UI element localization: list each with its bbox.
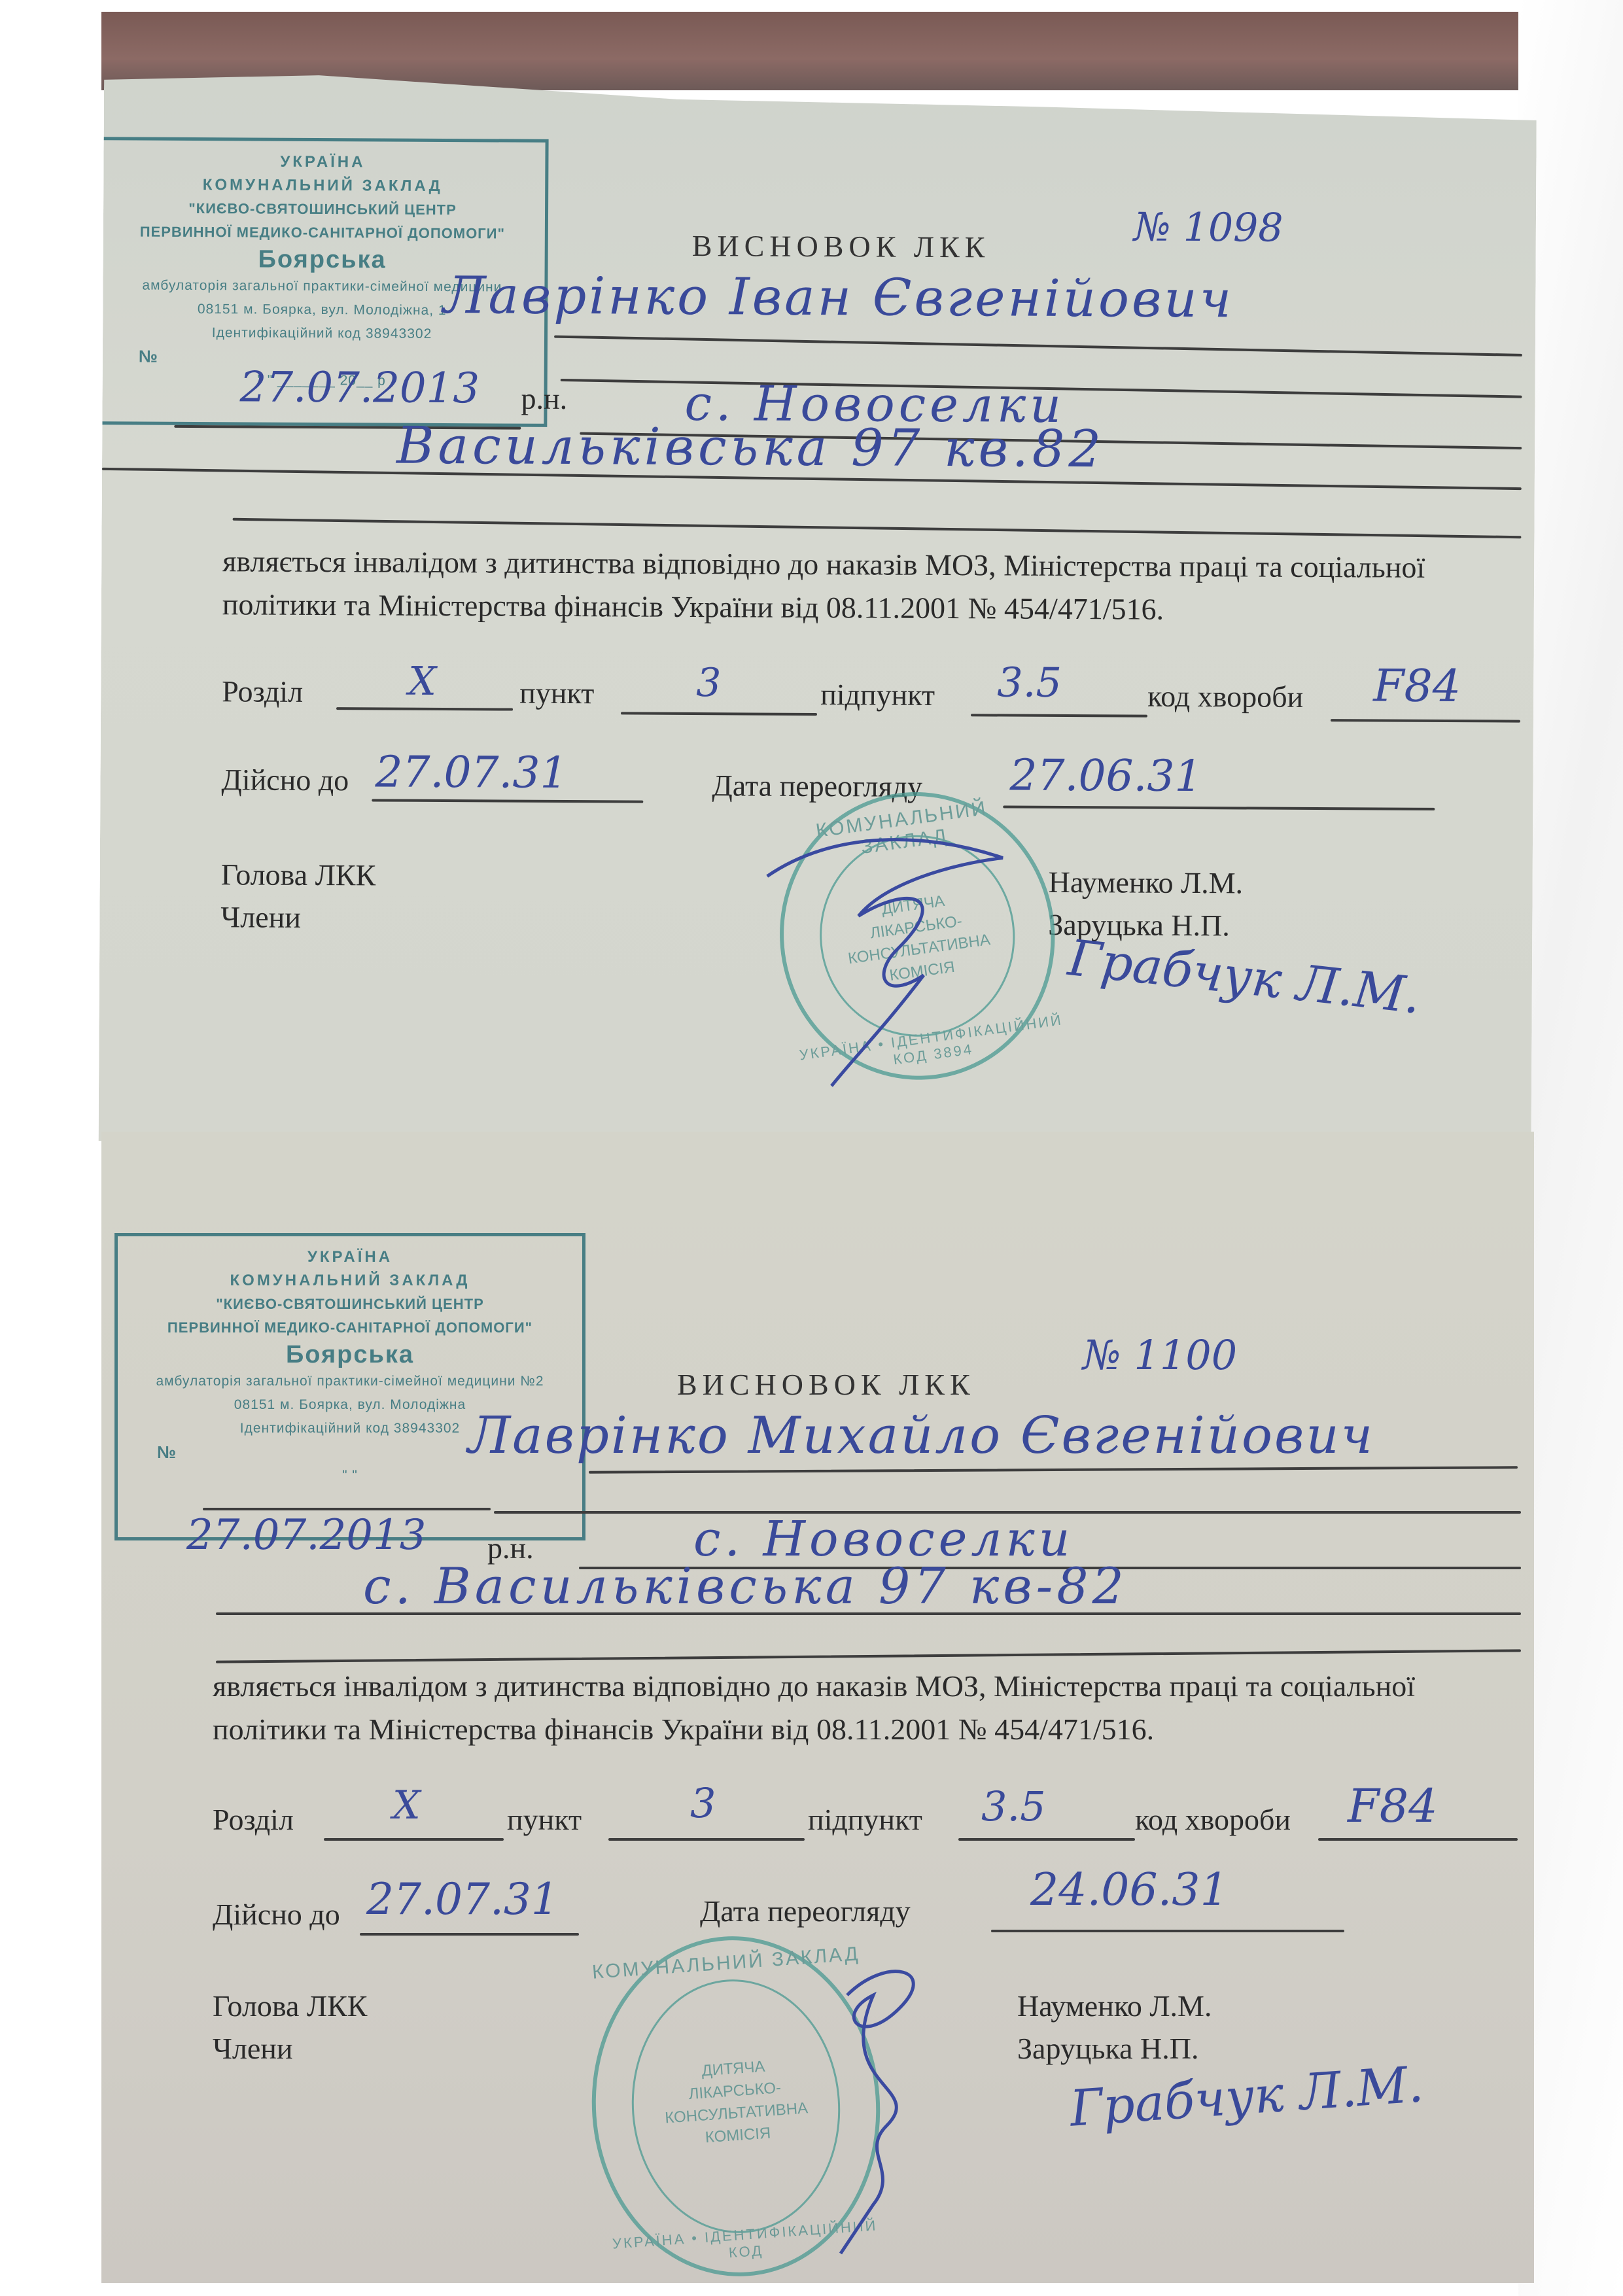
stamp-org-type: КОМУНАЛЬНИЙ ЗАКЛАД xyxy=(100,173,545,199)
member-2-handwritten: Грабчук Л.М. xyxy=(1068,2055,1425,2138)
name-underline xyxy=(554,336,1522,357)
subpoint-underline xyxy=(971,714,1147,717)
birth-suffix: р.н. xyxy=(521,381,567,416)
blank-line-2 xyxy=(233,518,1522,539)
stamp-org-name-2: ПЕРВИННОЇ МЕДИКО-САНІТАРНОЇ ДОПОМОГИ" xyxy=(100,220,545,246)
institution-stamp: УКРАЇНА КОМУНАЛЬНИЙ ЗАКЛАД "КИЄВО-СВЯТОШ… xyxy=(114,1233,585,1540)
form-2: УКРАЇНА КОМУНАЛЬНИЙ ЗАКЛАД "КИЄВО-СВЯТОШ… xyxy=(101,1132,1534,2283)
subpoint-value: 3.5 xyxy=(997,658,1062,706)
patient-name: Лаврінко Михайло Євгенійович xyxy=(468,1406,1374,1465)
subpoint-label: підпункт xyxy=(820,677,935,712)
subpoint-label: підпункт xyxy=(808,1802,922,1837)
review-date-underline xyxy=(991,1930,1344,1932)
disease-code-label: код хвороби xyxy=(1147,679,1303,714)
stamp-country: УКРАЇНА xyxy=(100,149,545,175)
point-value: 3 xyxy=(696,660,722,706)
stamp-org-name-2: ПЕРВИННОЇ МЕДИКО-САНІТАРНОЇ ДОПОМОГИ" xyxy=(118,1316,582,1340)
disease-code-underline xyxy=(1331,719,1520,723)
birth-date: 27.07.2013 xyxy=(239,363,480,413)
patient-name: Лаврінко Іван Євгенійович xyxy=(443,266,1234,329)
address-line-2: Васильківська 97 кв.82 xyxy=(396,417,1105,479)
lkk-conclusion-sheet-1: УКРАЇНА КОМУНАЛЬНИЙ ЗАКЛАД "КИЄВО-СВЯТОШ… xyxy=(99,35,1537,1148)
chair-label: Голова ЛКК xyxy=(221,857,376,892)
disease-code-value: F84 xyxy=(1373,660,1461,712)
disease-code-underline xyxy=(1318,1838,1518,1841)
body-text: являється інвалідом з дитинства відповід… xyxy=(213,1665,1508,1751)
section-underline xyxy=(324,1838,504,1841)
section-underline xyxy=(336,707,513,710)
birth-date: 27.07.2013 xyxy=(186,1511,426,1559)
subpoint-value: 3.5 xyxy=(981,1783,1046,1830)
lkk-conclusion-sheet-2: УКРАЇНА КОМУНАЛЬНИЙ ЗАКЛАД "КИЄВО-СВЯТОШ… xyxy=(101,1132,1534,2283)
members-label: Члени xyxy=(220,899,301,935)
section-label: Розділ xyxy=(222,674,303,709)
valid-until-underline xyxy=(372,799,643,803)
disease-code-value: F84 xyxy=(1348,1779,1438,1833)
chair-signature xyxy=(756,1956,991,2257)
point-label: пункт xyxy=(507,1802,582,1837)
point-underline xyxy=(608,1838,805,1841)
chair-signature xyxy=(753,804,1068,1094)
disease-code-label: код хвороби xyxy=(1135,1802,1291,1837)
valid-until-value: 27.07.31 xyxy=(375,746,567,798)
stamp-branch: Боярська xyxy=(118,1340,582,1370)
point-label: пункт xyxy=(519,676,594,711)
document-title: ВИСНОВОК ЛКК xyxy=(677,1367,975,1402)
review-date-value: 27.06.31 xyxy=(1009,750,1202,802)
birth-underline xyxy=(203,1508,491,1510)
chair-name: Науменко Л.М. xyxy=(1049,865,1244,901)
body-text: являється інвалідом з дитинства відповід… xyxy=(222,540,1518,633)
valid-until-label: Дійсно до xyxy=(213,1897,340,1932)
valid-until-value: 27.07.31 xyxy=(366,1874,559,1924)
stamp-org-name-1: "КИЄВО-СВЯТОШИНСЬКИЙ ЦЕНТР xyxy=(100,196,545,222)
valid-until-label: Дійсно до xyxy=(221,762,349,797)
document-title: ВИСНОВОК ЛКК xyxy=(692,228,990,264)
blank-line-2 xyxy=(216,1649,1521,1663)
point-underline xyxy=(621,712,817,716)
review-date-value: 24.06.31 xyxy=(1030,1864,1229,1916)
address-underline-2 xyxy=(216,1612,1521,1615)
address-line-2: с. Васильківська 97 кв-82 xyxy=(363,1557,1128,1615)
section-value: X xyxy=(408,659,436,704)
stamp-date-line: " " xyxy=(118,1464,582,1487)
member-2-handwritten: Грабчук Л.М. xyxy=(1066,928,1424,1025)
subpoint-underline xyxy=(958,1838,1135,1841)
chair-name: Науменко Л.М. xyxy=(1017,1989,1212,2023)
section-value: X xyxy=(393,1783,421,1828)
stamp-org-name-1: "КИЄВО-СВЯТОШИНСЬКИЙ ЦЕНТР xyxy=(118,1293,582,1316)
members-label: Члени xyxy=(213,2031,293,2066)
document-number: № 1100 xyxy=(1083,1331,1237,1379)
document-number: № 1098 xyxy=(1134,205,1283,251)
name-underline xyxy=(589,1466,1518,1473)
form-1: УКРАЇНА КОМУНАЛЬНИЙ ЗАКЛАД "КИЄВО-СВЯТОШ… xyxy=(99,35,1537,1148)
stamp-ambulatory: амбулаторія загальної практики-сімейної … xyxy=(118,1370,582,1393)
chair-label: Голова ЛКК xyxy=(213,1989,368,2023)
section-label: Розділ xyxy=(213,1802,294,1837)
member-name: Заруцька Н.П. xyxy=(1017,2031,1198,2066)
valid-until-underline xyxy=(360,1933,579,1936)
stamp-country: УКРАЇНА xyxy=(118,1245,582,1269)
stamp-org-type: КОМУНАЛЬНИЙ ЗАКЛАД xyxy=(118,1269,582,1293)
review-date-label: Дата переогляду xyxy=(700,1894,911,1928)
point-value: 3 xyxy=(690,1779,716,1827)
